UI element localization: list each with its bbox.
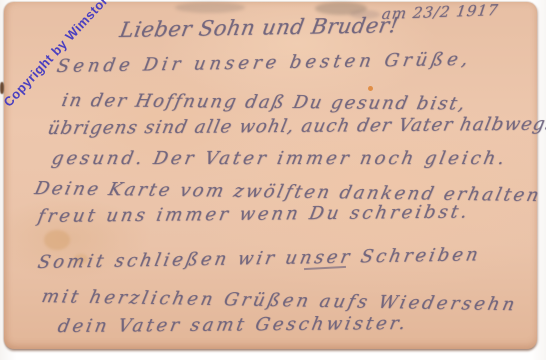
handwritten-line: in der Hoffnung daß Du gesund bist, bbox=[60, 90, 469, 114]
salutation-line: Lieber Sohn und Bruder! bbox=[118, 13, 401, 42]
handwritten-line: dein Vater samt Geschwister. bbox=[56, 313, 410, 337]
handwritten-line: gesund. Der Vater immer noch gleich. bbox=[50, 148, 509, 169]
handwritten-line: übrigens sind alle wohl, auch der Vater … bbox=[46, 114, 546, 139]
postcard-paper: am 23/2 1917 Lieber Sohn und Bruder! Sen… bbox=[4, 2, 537, 349]
postcard-scan: am 23/2 1917 Lieber Sohn und Bruder! Sen… bbox=[0, 0, 546, 360]
handwritten-line: mit herzlichen Grüßen aufs Wiedersehn bbox=[40, 286, 520, 315]
handwritten-line: Sende Dir unsere besten Grüße, bbox=[55, 49, 473, 77]
handwritten-line: Somit schließen wir unser Schreiben bbox=[36, 244, 483, 273]
handwritten-line: freut uns immer wenn Du schreibst. bbox=[36, 201, 472, 227]
edge-speck bbox=[0, 82, 4, 94]
postmark-smudge bbox=[175, 2, 245, 13]
paper-stain bbox=[368, 86, 373, 91]
paper-stain bbox=[44, 230, 70, 250]
